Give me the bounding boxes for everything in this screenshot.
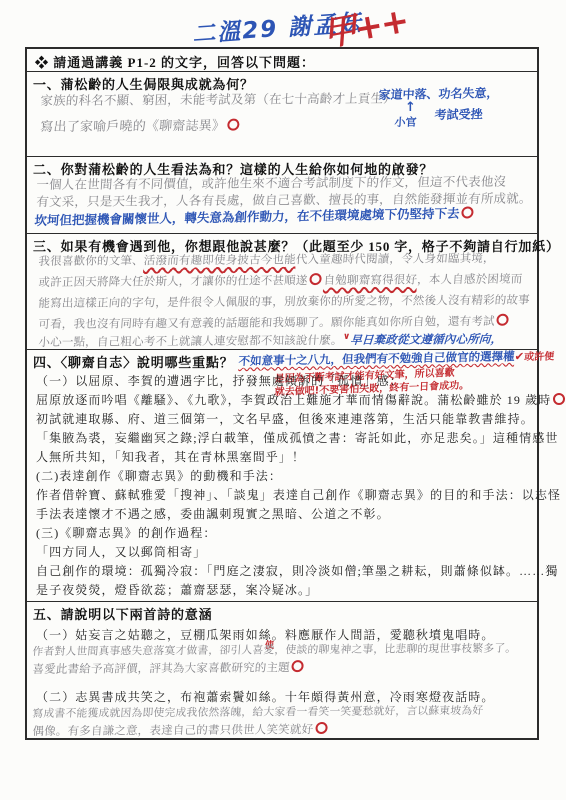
scanned-worksheet-page: 二溫29 謝孟妘 甲++ ❖ 請通過講義 P1-2 的文字，回答以下問題： 一、… xyxy=(0,0,566,800)
instruction-row: ❖ 請通過講義 P1-2 的文字，回答以下問題： xyxy=(27,49,537,72)
q5-poem2-answer-line-1: 寫成書不能獲成就因為即使完成我依然落魄，給大家看一看笑一笑憂愁就好，言以蘇東坡為… xyxy=(32,703,484,721)
q4-body-line: （一）以屈原、李賀的遭遇字比，抒發無處傾訴的「孤憤」感： xyxy=(36,372,566,391)
q4-body-line: 人無所共知，「知我者，其在青林黑塞間乎」！ xyxy=(36,448,566,467)
question-3-row: 三、如果有機會遇到他，你想跟他說甚麼？（此題至少 150 字，格子不夠請自行加紙… xyxy=(27,234,537,350)
red-wavy-underline: 活潑而有趣即使身披古今也能 xyxy=(143,252,296,267)
red-circle-mark-icon xyxy=(461,206,474,218)
q4-red-note-inline: 或許便 xyxy=(524,351,555,363)
red-circle-mark-icon xyxy=(496,314,509,326)
q4-body-line: 初試就連取縣、府、道三個第一，文名早盛，但後來連連落第，生活只能靠教書維持。 xyxy=(36,410,566,429)
q5-poem1-answer-line-2: 喜愛此書給予高評價，評其為大家喜歡研究的主題 xyxy=(32,659,306,677)
question-2-row: 二、你對蒲松齡的人生看法為和？這樣的人生給你如何地的啟發？ 一個人在世間各有不同… xyxy=(27,157,537,234)
red-circle-mark-icon xyxy=(309,273,322,285)
q4-body-line: (三)《聊齋志異》的創作過程： xyxy=(36,524,566,543)
question-4-row: 四、〈聊齋自志〉說明哪些重點？ 不如意事十之八九，但我們有不勉強自己做官的選擇權… xyxy=(27,350,537,602)
red-circle-mark-icon xyxy=(292,660,305,672)
q4-body-line: 「集腋為裘，妄繼幽冥之錄;浮白載筆，僅成孤憤之書：寄託如此，亦足悲矣。」這種情感… xyxy=(36,429,566,448)
q4-body-line: 作者借幹寶、蘇軾雅愛「搜神」、「談鬼」表達自己創作《聊齋志異》的目的和手法：以志… xyxy=(36,486,566,505)
q1-blue-annotation-1: 家道中落、功名失意， xyxy=(378,84,499,103)
instruction-text: ❖ 請通過講義 P1-2 的文字，回答以下問題： xyxy=(35,52,315,71)
q3-answer-line-3: 能寫出這樣正向的字句，是件很令人佩服的事，別放棄你的所愛之物，不然後人沒有精彩的… xyxy=(38,292,530,311)
q5-poem1-answer-line-1: 作者對人世間真事感失意落寞才做書，卻引人喜愛，使談的聊鬼神之事，比悲聊的現世事枝… xyxy=(32,641,517,659)
q4-printed-body: （一）以屈原、李賀的遭遇字比，抒發無處傾訴的「孤憤」感： 屈原放逐而吟唱《離騷》… xyxy=(36,372,566,600)
q4-body-line: 手法表達懷才不遇之感，委曲諷刺現實之黑暗、公道之不彰。 xyxy=(36,505,566,524)
red-wavy-underline: 不如意事十之八九，但我們有不勉強自己做官的選擇權 xyxy=(238,349,515,368)
q3-answer-line-2: 或許正因天將降大任於斯人，才讓你的仕途不甚順遂自勉聊齋寫得很好，本人自感於困境而 xyxy=(38,271,523,290)
question-5-row: 五、請說明以下兩首詩的意涵 （一）姑妄言之姑聽之，豆棚瓜架雨如絲。料應厭作人間語… xyxy=(27,602,537,741)
red-circle-mark-icon xyxy=(227,119,240,131)
question-4-title: 四、〈聊齋自志〉說明哪些重點？ xyxy=(33,352,234,371)
q1-blue-annotation-small-official: 小官 xyxy=(394,114,417,130)
worksheet-table: ❖ 請通過講義 P1-2 的文字，回答以下問題： 一、蒲松齡的人生侷限與成就為何… xyxy=(25,47,539,740)
q4-body-line: 「四方同人，又以郵筒相寄」 xyxy=(36,543,566,562)
red-wavy-underline: 自勉聊齋寫得很好 xyxy=(323,272,417,287)
red-circle-mark-icon xyxy=(553,393,565,405)
q4-body-line: 自己創作的環境：孤獨冷寂：「門庭之淒寂，則冷淡如僧;筆墨之耕耘，則蕭條似缽。……… xyxy=(36,562,566,581)
question-1-row: 一、蒲松齡的人生侷限與成就為何？ 家族的科名不顯、窮困，未能考試及第（在七十高齡… xyxy=(27,72,537,157)
q4-body-line: 是子夜熒熒，燈昏欲蕊；蕭齋瑟瑟，案冷疑冰。」 xyxy=(36,581,566,600)
q3-blue-annotation: 早日棄政從文遵循內心所向， xyxy=(350,332,503,347)
q5-poem2-answer-line-2: 偶像。有多自謙之意，表達自己的書只供世人笑笑就好 xyxy=(32,721,330,739)
q1-blue-annotation-2: 考試受挫 xyxy=(434,105,483,123)
red-circle-mark-icon xyxy=(315,722,328,734)
q3-answer-line-4: 可看，我也沒有同時有趣又有意義的話題能和我媽聊了。願你能真如你所自勉，還有考試 xyxy=(38,313,511,332)
q1-answer-line-1: 家族的科名不顯、窮困，未能考試及第（在七十高齡才上貢生） xyxy=(40,89,397,109)
q1-answer-line-2: 寫出了家喻戶曉的《聊齋誌異》 xyxy=(40,115,242,135)
question-5-title: 五、請說明以下兩首詩的意涵 xyxy=(33,604,212,623)
q3-answer-line-1: 我很喜歡你的文筆、活潑而有趣即使身披古今也能代入童趣時代閱讀，令人身如臨其境， xyxy=(38,250,495,269)
q3-answer-line-5: 小心一點，自己粗心考不上就讓人連安慰都不知該說什麼。∨早日棄政從文遵循內心所向， xyxy=(38,331,503,350)
q4-body-line: (二)表達創作《聊齋志異》的動機和手法： xyxy=(36,467,566,486)
q4-body-line: 屈原放逐而吟唱《離騷》、《九歌》，李賀政治上難施才華而情傷辭說。蒲松齡雖於 19… xyxy=(36,391,566,410)
